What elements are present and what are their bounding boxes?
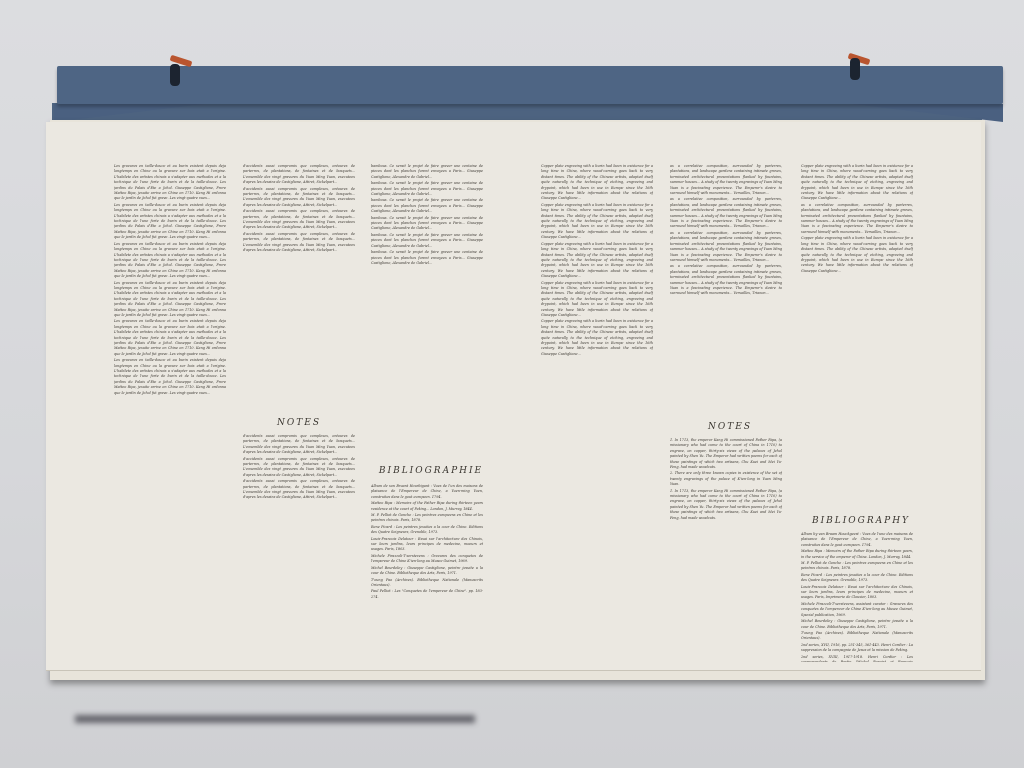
- bibliography-entry: Matteo Ripa : Memoirs of the Father Ripa…: [801, 549, 913, 560]
- text-block: Copper plate engraving with a burin had …: [541, 319, 653, 357]
- text-block: Les gravures en taille-douce et au burin…: [114, 203, 226, 241]
- text-block: as a correlative composition, surrounded…: [670, 164, 782, 196]
- text-block: as a correlative composition, surrounded…: [801, 203, 913, 235]
- right-page-column-1: Copper plate engraving with a burin had …: [541, 164, 653, 584]
- right-page-notes: 1. In 1713, the emperor Kang Hi commissi…: [670, 438, 782, 638]
- bibliography-entry: Louis-Francois Delatour : Essai sur l'ar…: [371, 537, 483, 553]
- bibliography-entry: Paul Pelliot : Les "Conquetes de l'emper…: [371, 589, 483, 600]
- text-block: d'accidents aussi compromis que complexe…: [243, 479, 355, 501]
- bibliography-entry: Rene Picard : Les peintres jesuites a la…: [801, 573, 913, 584]
- text-block: bambous. Ce serait le projet de faire gr…: [371, 198, 483, 214]
- text-block: bambous. Ce serait le projet de faire gr…: [371, 233, 483, 249]
- text-block: Copper plate engraving with a burin had …: [801, 164, 913, 202]
- notes-heading-fr: NOTES: [243, 418, 355, 428]
- bibliography-entry: Michele Pirazzoli-T'serstevens, assistan…: [801, 602, 913, 618]
- left-page-column-1: Les gravures en taille-douce et au burin…: [114, 164, 226, 634]
- text-block: Les gravures en taille-douce et au burin…: [114, 164, 226, 202]
- right-page-column-3: Copper plate engraving with a burin had …: [801, 164, 913, 434]
- text-block: d'accidents aussi compromis que complexe…: [243, 209, 355, 231]
- bibliography-entry: M. P. Pelliot de Gonche : Les peintres e…: [371, 513, 483, 524]
- bibliography-entry: M. P. Pelliot de Gonche : Les peintres e…: [801, 561, 913, 572]
- portfolio-spine: [57, 66, 1003, 104]
- text-block: d'accidents aussi compromis que complexe…: [243, 164, 355, 186]
- text-block: Les gravures en taille-douce et au burin…: [114, 358, 226, 396]
- text-block: Copper plate engraving with a burin had …: [541, 203, 653, 241]
- bibliography-heading-en: BIBLIOGRAPHY: [801, 516, 921, 526]
- text-block: bambous. Ce serait le projet de faire gr…: [371, 164, 483, 180]
- bibliography-entry: 2nd series, XVII, 1916, pp. 251-345, 361…: [801, 643, 913, 654]
- tie-ribbon-right[interactable]: [850, 58, 860, 80]
- text-block: bambous. Ce serait le projet de faire gr…: [371, 250, 483, 266]
- text-block: Les gravures en taille-douce et au burin…: [114, 319, 226, 357]
- note-entry: 1. In 1713, the emperor Kang Hi commissi…: [670, 438, 782, 470]
- bibliography-heading-fr: BIBLIOGRAPHIE: [371, 466, 491, 476]
- bibliography-entry: Album de son Bruant Hourbigant : Vues de…: [371, 484, 483, 500]
- left-page-column-2: d'accidents aussi compromis que complexe…: [243, 164, 355, 434]
- bibliography-entry: Album by van Braam Houckgeest : Vues de …: [801, 532, 913, 548]
- text-block: d'accidents aussi compromis que complexe…: [243, 434, 355, 456]
- text-block: as a correlative composition, surrounded…: [670, 231, 782, 263]
- right-page-column-2: as a correlative composition, surrounded…: [670, 164, 782, 404]
- text-block: Copper plate engraving with a burin had …: [541, 164, 653, 202]
- note-entry: 1. In 1713, the emperor Kang Hi commissi…: [670, 489, 782, 521]
- text-block: d'accidents aussi compromis que complexe…: [243, 187, 355, 209]
- text-block: Copper plate engraving with a burin had …: [541, 242, 653, 280]
- text-block: Copper plate engraving with a burin had …: [541, 281, 653, 319]
- left-page-notes: d'accidents aussi compromis que complexe…: [243, 434, 355, 634]
- bibliography-entry: Michele Pirazzoli-T'serstevens : Gravure…: [371, 554, 483, 565]
- bibliography-entry: T'oung Pao (Archives). Bibliotheque Nati…: [801, 631, 913, 642]
- document-sheet: Les gravures en taille-douce et au burin…: [46, 122, 981, 671]
- notes-heading-en: NOTES: [670, 422, 790, 432]
- text-block: Copper plate engraving with a burin had …: [801, 236, 913, 274]
- text-block: d'accidents aussi compromis que complexe…: [243, 232, 355, 254]
- text-block: Les gravures en taille-douce et au burin…: [114, 281, 226, 319]
- bibliography-entry: Michel Beurdeley : Giuseppe Castiglione,…: [801, 619, 913, 630]
- tie-ribbon-left[interactable]: [170, 64, 180, 86]
- text-block: as a correlative composition, surrounded…: [670, 197, 782, 229]
- text-block: Les gravures en taille-douce et au burin…: [114, 242, 226, 280]
- note-entry: 2. There are only three known copies in …: [670, 471, 782, 487]
- stack-shadow: [75, 715, 475, 723]
- left-page-column-3: bambous. Ce serait le projet de faire gr…: [371, 164, 483, 454]
- text-block: as a correlative composition, surrounded…: [670, 264, 782, 296]
- left-page-bibliography: Album de son Bruant Hourbigant : Vues de…: [371, 484, 483, 664]
- right-page-bibliography: Album by van Braam Houckgeest : Vues de …: [801, 532, 913, 662]
- bibliography-entry: Rene Picard : Les peintres jesuites a la…: [371, 525, 483, 536]
- text-block: d'accidents aussi compromis que complexe…: [243, 457, 355, 479]
- bibliography-entry: Louis-Francois Delatour : Essai sur l'ar…: [801, 585, 913, 601]
- bibliography-entry: T'oung Pao (Archives). Bibliotheque Nati…: [371, 578, 483, 589]
- text-block: bambous. Ce serait le projet de faire gr…: [371, 216, 483, 232]
- bibliography-entry: Michel Beurdeley : Giuseppe Castiglione,…: [371, 566, 483, 577]
- bibliography-entry: 2nd series, XVIII, 1917-1918. Henri Cord…: [801, 655, 913, 662]
- text-block: bambous. Ce serait le projet de faire gr…: [371, 181, 483, 197]
- bibliography-entry: Matteo Ripa : Memoirs of the Father Ripa…: [371, 501, 483, 512]
